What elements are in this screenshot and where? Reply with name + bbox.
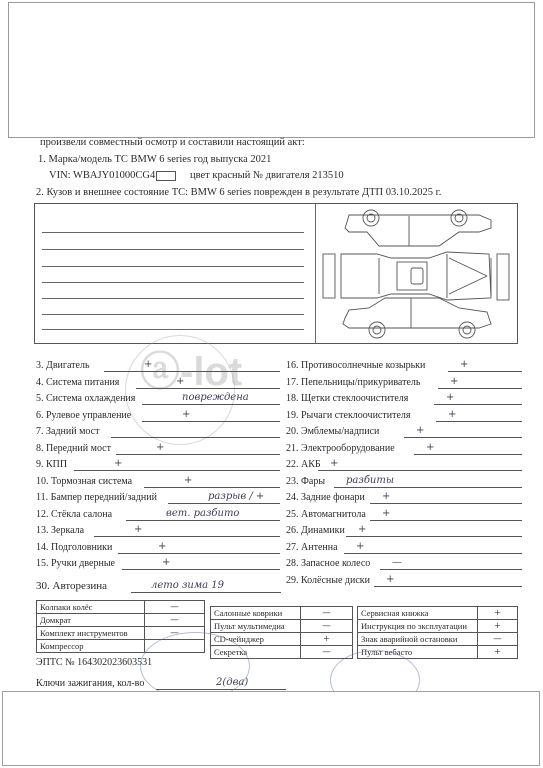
checklist-value: + [184, 475, 192, 486]
equipment-value: — [301, 607, 353, 620]
checklist-label: 28. Запасное колесо [286, 558, 370, 569]
checklist-label: 10. Тормозная система [36, 476, 132, 487]
equipment-value: + [301, 633, 353, 646]
equipment-label: Инструкция по эксплуатации [358, 620, 478, 633]
checklist-row: 4. Система питания+ [36, 375, 280, 389]
checklist-value: + [162, 557, 170, 568]
car-damage-diagram-icon [319, 206, 515, 342]
checklist-value: + [182, 409, 190, 420]
vin-redacted-box [156, 171, 176, 181]
checklist-label: 21. Электрооборудование [286, 443, 395, 454]
checklist-label: 6. Рулевое управление [36, 410, 131, 421]
checklist-row: 27. Антенна+ [286, 540, 522, 554]
checklist-value: + [114, 458, 122, 469]
equipment-row: Домкрат— [37, 614, 205, 627]
checklist-row: 7. Задний мост [36, 424, 280, 438]
checklist-row: 23. Фарыразбиты [286, 474, 522, 488]
checklist-value: — [392, 557, 402, 568]
intro-text: произвели совместный осмотр и составили … [40, 137, 305, 148]
checklist-label: 25. Автомагнитола [286, 509, 366, 520]
equipment-label: Домкрат [37, 614, 145, 627]
checklist-row: 15. Ручки дверные+ [36, 556, 280, 570]
checklist-label: 3. Двигатель [36, 360, 90, 371]
tires-value: лето зима 19 [151, 580, 224, 591]
checklist-value: + [426, 442, 434, 453]
checklist-label: 22. АКБ [286, 459, 321, 470]
equipment-value: + [478, 607, 518, 620]
equipment-row: Инструкция по эксплуатации+ [358, 620, 518, 633]
checklist-value: + [156, 442, 164, 453]
checklist-label: 19. Рычаги стеклоочистителя [286, 410, 410, 421]
checklist-row: 28. Запасное колесо— [286, 556, 522, 570]
checklist-value: разрыв / + [208, 491, 264, 502]
checklist-label: 23. Фары [286, 476, 325, 487]
checklist-value: + [330, 458, 338, 469]
checklist-label: 4. Система питания [36, 377, 119, 388]
equipment-row: Пульт мультимедиа— [211, 620, 353, 633]
checklist-row: 20. Эмблемы/надписи+ [286, 424, 522, 438]
checklist-value: + [144, 359, 152, 370]
checklist-row: 9. КПП+ [36, 457, 280, 471]
checklist-label: 27. Антенна [286, 542, 338, 553]
checklist-value: + [450, 376, 458, 387]
official-stamp [140, 632, 250, 700]
checklist-value: + [416, 425, 424, 436]
equipment-value: — [301, 620, 353, 633]
checklist-value: + [382, 508, 390, 519]
checklist-label: 26. Динамики [286, 525, 345, 536]
epts-number: ЭПТС № 164302023603531 [36, 657, 152, 668]
checklist-row: 10. Тормозная система+ [36, 474, 280, 488]
equipment-value: — [145, 614, 205, 627]
checklist-value: + [134, 524, 142, 535]
checklist-label: 15. Ручки дверные [36, 558, 115, 569]
checklist-label: 14. Подголовники [36, 542, 112, 553]
item-make-model: 1. Марка/модель ТС BMW 6 series год выпу… [38, 154, 271, 165]
checklist-row: 18. Щетки стеклоочистителя+ [286, 391, 522, 405]
checklist-row: 13. Зеркала+ [36, 523, 280, 537]
checklist-label: 24. Задние фонари [286, 492, 365, 503]
equipment-row: Сервисная книжка+ [358, 607, 518, 620]
checklist-label: 20. Эмблемы/надписи [286, 426, 379, 437]
checklist-label: 16. Противосолнечные козырьки [286, 360, 425, 371]
tires-row: 30. Авторезина лето зима 19 [36, 579, 286, 593]
equipment-label: Колпаки колёс [37, 601, 145, 614]
equipment-label: Сервисная книжка [358, 607, 478, 620]
checklist-label: 8. Передний мост [36, 443, 111, 454]
checklist-label: 13. Зеркала [36, 525, 84, 536]
checklist-row: 17. Пепельницы/прикуриватель+ [286, 375, 522, 389]
checklist-label: 11. Бампер передний/задний [36, 492, 157, 503]
equipment-label: Пульт мультимедиа [211, 620, 301, 633]
equipment-value: — [478, 633, 518, 646]
checklist-label: 17. Пепельницы/прикуриватель [286, 377, 420, 388]
equipment-value: + [478, 646, 518, 659]
checklist-row: 5. Система охлажденияповреждена [36, 391, 280, 405]
equipment-label: Знак аварийной остановки [358, 633, 478, 646]
checklist-label: 7. Задний мост [36, 426, 99, 437]
checklist-row: 25. Автомагнитола+ [286, 507, 522, 521]
checklist-row: 6. Рулевое управление+ [36, 408, 280, 422]
checklist-value: + [386, 574, 394, 585]
checklist-row: 16. Противосолнечные козырьки+ [286, 358, 522, 372]
checklist-label: 12. Стёкла салона [36, 509, 112, 520]
color-engine-text: цвет красный № двигателя 213510 [190, 170, 344, 181]
checklist-value: + [460, 359, 468, 370]
tires-label: 30. Авторезина [36, 580, 107, 592]
checklist-label: 5. Система охлаждения [36, 393, 135, 404]
checklist-value: + [158, 541, 166, 552]
checklist-row: 11. Бампер передний/заднийразрыв / + [36, 490, 280, 504]
checklist-value: + [358, 524, 366, 535]
item-body-condition: 2. Кузов и внешнее состояние ТС: BMW 6 s… [36, 187, 441, 198]
equipment-label: Комплект инструментов [37, 627, 145, 640]
checklist-row: 24. Задние фонари+ [286, 490, 522, 504]
checklist-value: + [176, 376, 184, 387]
checklist-row: 3. Двигатель+ [36, 358, 280, 372]
equipment-row: Колпаки колёс— [37, 601, 205, 614]
checklist-row: 14. Подголовники+ [36, 540, 280, 554]
vin-label: VIN: WBAJY01000CG4 [49, 170, 176, 181]
equipment-label: Салонные коврики [211, 607, 301, 620]
damage-diagram-box [34, 203, 518, 344]
equipment-label: Компрессор [37, 640, 145, 653]
checklist-row: 21. Электрооборудование+ [286, 441, 522, 455]
equipment-value: — [145, 601, 205, 614]
checklist-value: вет. разбито [166, 508, 239, 519]
equipment-row: Знак аварийной остановки— [358, 633, 518, 646]
checklist-row: 19. Рычаги стеклоочистителя+ [286, 408, 522, 422]
checklist-value: разбиты [346, 475, 394, 486]
checklist-row: 22. АКБ+ [286, 457, 522, 471]
checklist-row: 29. Колёсные диски+ [286, 573, 522, 587]
checklist-label: 18. Щетки стеклоочистителя [286, 393, 408, 404]
keys-label: Ключи зажигания, кол-во [36, 678, 144, 689]
checklist-value: + [448, 409, 456, 420]
checklist-label: 29. Колёсные диски [286, 575, 370, 586]
checklist-value: + [356, 541, 364, 552]
checklist-row: 12. Стёкла салонавет. разбито [36, 507, 280, 521]
redacted-header-block [8, 2, 535, 138]
vin-text: VIN: WBAJY01000CG4 [49, 170, 155, 181]
checklist-value: + [382, 491, 390, 502]
redacted-footer-block [2, 691, 540, 766]
checklist-row: 8. Передний мост+ [36, 441, 280, 455]
equipment-row: Салонные коврики— [211, 607, 353, 620]
checklist-row: 26. Динамики+ [286, 523, 522, 537]
checklist-label: 9. КПП [36, 459, 67, 470]
checklist-value: повреждена [182, 392, 249, 403]
equipment-value: + [478, 620, 518, 633]
checklist-value: + [446, 392, 454, 403]
